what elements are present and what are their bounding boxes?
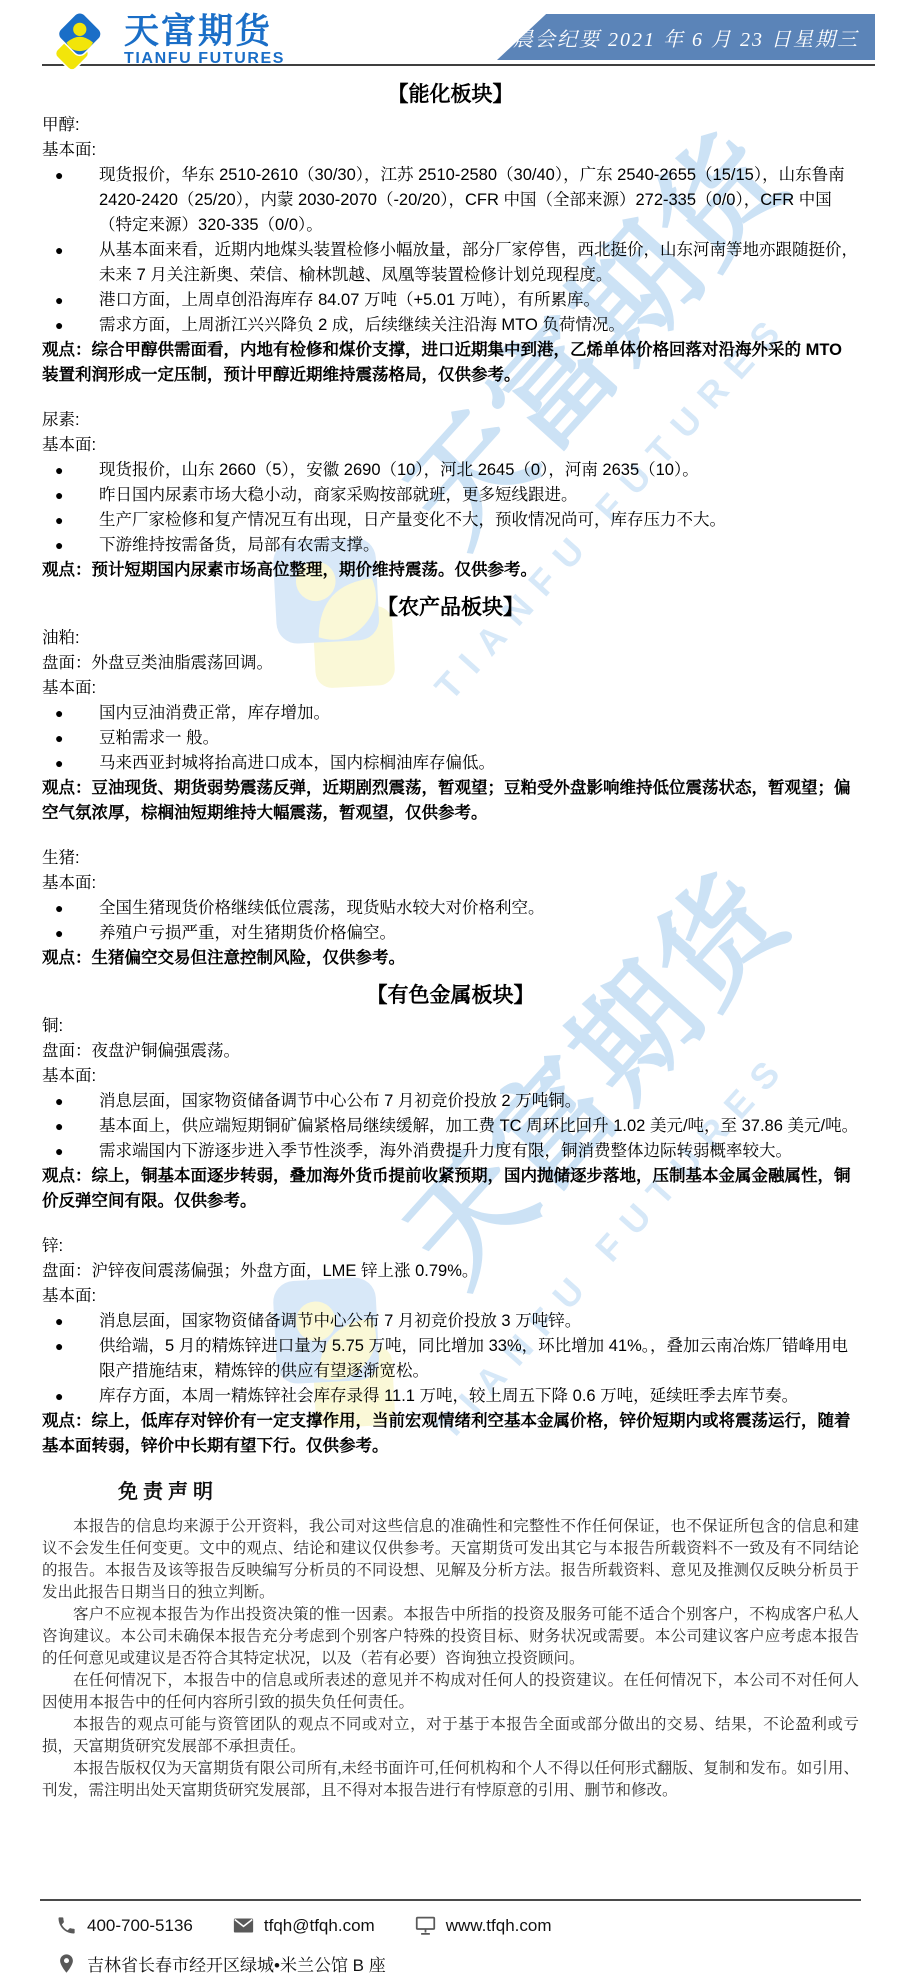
report-page: 天富期货 TIANFU FUTURES 天富期货 TIANFU FUTURES <box>0 0 901 1982</box>
company-name-en: TIANFU FUTURES <box>124 50 285 68</box>
label-line: 基本面: <box>42 1064 859 1089</box>
bullet-icon: ● <box>55 313 63 338</box>
bullet-icon: ● <box>55 921 63 946</box>
commodity-block-urea: 尿素:基本面:●现货报价，山东 2660（5），安徽 2690（10），河北 2… <box>42 408 859 583</box>
disclaimer-paragraph: 本报告版权仅为天富期货有限公司所有,未经书面许可,任何机构和个人不得以任何形式翻… <box>42 1758 859 1802</box>
disclaimer-title: 免责声明 <box>118 1475 859 1504</box>
bullet-icon: ● <box>55 483 63 508</box>
bullet-item: ●基本面上，供应端短期铜矿偏紧格局继续缓解，加工费 TC 周环比回升 1.02 … <box>42 1114 859 1139</box>
bullet-text: 生产厂家检修和复产情况互有出现，日产量变化不大，预收情况尚可，库存压力不大。 <box>99 511 726 529</box>
bullet-icon: ● <box>55 701 63 726</box>
section-title: 【农产品板块】 <box>42 591 859 621</box>
website-url: www.tfqh.com <box>446 1916 552 1936</box>
commodity-block-oil-meal: 油粕:盘面：外盘豆类油脂震荡回调。基本面:●国内豆油消费正常，库存增加。●豆粕需… <box>42 626 859 826</box>
commodity-block-methanol: 甲醇:基本面:●现货报价，华东 2510-2610（30/30），江苏 2510… <box>42 113 859 388</box>
company-logo-icon <box>44 5 114 77</box>
company-logo: 天富期货 TIANFU FUTURES <box>44 5 285 77</box>
bullet-item: ●港口方面，上周卓创沿海库存 84.07 万吨（+5.01 万吨），有所累库。 <box>42 288 859 313</box>
bullet-text: 全国生猪现货价格继续低位震荡，现货贴水较大对价格利空。 <box>99 899 545 917</box>
bullet-icon: ● <box>55 163 63 188</box>
bullet-item: ●需求方面，上周浙江兴兴降负 2 成，后续继续关注沿海 MTO 负荷情况。 <box>42 313 859 338</box>
location-icon <box>56 1953 77 1974</box>
bullet-text: 需求方面，上周浙江兴兴降负 2 成，后续继续关注沿海 MTO 负荷情况。 <box>99 316 625 334</box>
report-footer: 400-700-5136 tfqh@tfqh.com www.tfqh.com <box>0 1899 901 1976</box>
bullet-icon: ● <box>55 1309 63 1334</box>
bullet-icon: ● <box>55 238 63 263</box>
disclaimer-paragraph: 在任何情况下，本报告中的信息或所表述的意见并不构成对任何人的投资建议。在任何情况… <box>42 1670 859 1714</box>
address-text: 吉林省长春市经开区绿城•米兰公馆 B 座 <box>87 1951 386 1976</box>
footer-divider <box>40 1899 861 1901</box>
company-name-cn: 天富期货 <box>124 14 285 51</box>
section-title: 【能化板块】 <box>42 78 859 108</box>
bullet-text: 基本面上，供应端短期铜矿偏紧格局继续缓解，加工费 TC 周环比回升 1.02 美… <box>99 1117 858 1135</box>
bullet-icon: ● <box>55 751 63 776</box>
disclaimer-paragraph: 本报告的观点可能与资管团队的观点不同或对立，对于基于本报告全面或部分做出的交易、… <box>42 1714 859 1758</box>
bullet-item: ●下游维持按需备货，局部有农需支撑。 <box>42 533 859 558</box>
label-line: 盘面：外盘豆类油脂震荡回调。 <box>42 651 859 676</box>
bullet-text: 国内豆油消费正常，库存增加。 <box>99 704 330 722</box>
disclaimer-paragraph: 客户不应视本报告为作出投资决策的惟一因素。本报告中所指的投资及服务可能不适合个别… <box>42 1604 859 1670</box>
label-line: 盘面：沪锌夜间震荡偏强；外盘方面，LME 锌上涨 0.79%。 <box>42 1259 859 1284</box>
bullet-icon: ● <box>55 896 63 921</box>
bullet-text: 消息层面，国家物资储备调节中心公布 7 月初竞价投放 2 万吨铜。 <box>99 1092 581 1110</box>
label-line: 基本面: <box>42 138 859 163</box>
phone-number: 400-700-5136 <box>87 1916 193 1936</box>
label-line: 基本面: <box>42 676 859 701</box>
label-line: 基本面: <box>42 1284 859 1309</box>
bullet-text: 下游维持按需备货，局部有农需支撑。 <box>99 536 380 554</box>
commodity-name: 尿素: <box>42 408 859 433</box>
bullet-text: 现货报价，山东 2660（5），安徽 2690（10），河北 2645（0），河… <box>99 461 699 479</box>
bullet-item: ●库存方面，本周一精炼锌社会库存录得 11.1 万吨，较上周五下降 0.6 万吨… <box>42 1384 859 1409</box>
commodity-block-zinc: 锌:盘面：沪锌夜间震荡偏强；外盘方面，LME 锌上涨 0.79%。基本面:●消息… <box>42 1234 859 1459</box>
bullet-item: ●昨日国内尿素市场大稳小动，商家采购按部就班，更多短线跟进。 <box>42 483 859 508</box>
email-address: tfqh@tfqh.com <box>264 1916 375 1936</box>
commodity-name: 油粕: <box>42 626 859 651</box>
viewpoint-line: 观点：生猪偏空交易但注意控制风险，仅供参考。 <box>42 946 859 971</box>
commodity-name: 甲醇: <box>42 113 859 138</box>
email-icon <box>233 1915 254 1936</box>
bullet-text: 港口方面，上周卓创沿海库存 84.07 万吨（+5.01 万吨），有所累库。 <box>99 291 600 309</box>
bullet-item: ●生产厂家检修和复产情况互有出现，日产量变化不大，预收情况尚可，库存压力不大。 <box>42 508 859 533</box>
report-header: 天富期货 TIANFU FUTURES 晨会纪要 2021 年 6 月 23 日… <box>0 0 901 64</box>
bullet-icon: ● <box>55 458 63 483</box>
bullet-text: 库存方面，本周一精炼锌社会库存录得 11.1 万吨，较上周五下降 0.6 万吨，… <box>99 1387 798 1405</box>
bullet-icon: ● <box>55 1089 63 1114</box>
bullet-text: 豆粕需求一 般。 <box>99 729 219 747</box>
section-title: 【有色金属板块】 <box>42 979 859 1009</box>
commodity-name: 锌: <box>42 1234 859 1259</box>
label-line: 基本面: <box>42 871 859 896</box>
bullet-item: ●从基本面来看，近期内地煤头装置检修小幅放量，部分厂家停售，西北挺价，山东河南等… <box>42 238 859 288</box>
disclaimer-paragraph: 本报告的信息均来源于公开资料，我公司对这些信息的准确性和完整性不作任何保证，也不… <box>42 1516 859 1604</box>
bullet-text: 马来西亚封城将抬高进口成本，国内棕榈油库存偏低。 <box>99 754 495 772</box>
bullet-icon: ● <box>55 726 63 751</box>
bullet-text: 消息层面，国家物资储备调节中心公布 7 月初竞价投放 3 万吨锌。 <box>99 1312 581 1330</box>
bullet-item: ●消息层面，国家物资储备调节中心公布 7 月初竞价投放 3 万吨锌。 <box>42 1309 859 1334</box>
bullet-text: 养殖户亏损严重，对生猪期货价格偏空。 <box>99 924 396 942</box>
bullet-text: 从基本面来看，近期内地煤头装置检修小幅放量，部分厂家停售，西北挺价，山东河南等地… <box>99 241 858 284</box>
website-icon <box>415 1915 436 1936</box>
bullet-text: 昨日国内尿素市场大稳小动，商家采购按部就班，更多短线跟进。 <box>99 486 578 504</box>
viewpoint-line: 观点：综上，铜基本面逐步转弱，叠加海外货币提前收紧预期，国内抛储逐步落地，压制基… <box>42 1164 859 1214</box>
bullet-item: ●豆粕需求一 般。 <box>42 726 859 751</box>
commodity-block-live-hog: 生猪:基本面:●全国生猪现货价格继续低位震荡，现货贴水较大对价格利空。●养殖户亏… <box>42 846 859 971</box>
bullet-icon: ● <box>55 533 63 558</box>
commodity-name: 生猪: <box>42 846 859 871</box>
disclaimer-section: 免责声明 本报告的信息均来源于公开资料，我公司对这些信息的准确性和完整性不作任何… <box>0 1459 901 1802</box>
bullet-text: 需求端国内下游逐步进入季节性淡季，海外消费提升力度有限，铜消费整体边际转弱概率较… <box>99 1142 792 1160</box>
bullet-text: 供给端，5 月的精炼锌进口量为 5.75 万吨，同比增加 33%，环比增加 41… <box>99 1337 848 1380</box>
label-line: 盘面：夜盘沪铜偏强震荡。 <box>42 1039 859 1064</box>
bullet-icon: ● <box>55 1114 63 1139</box>
bullet-item: ●现货报价，山东 2660（5），安徽 2690（10），河北 2645（0），… <box>42 458 859 483</box>
bullet-text: 现货报价，华东 2510-2610（30/30），江苏 2510-2580（30… <box>99 166 845 234</box>
report-banner: 晨会纪要 2021 年 6 月 23 日星期三 <box>497 14 875 60</box>
phone-icon <box>56 1915 77 1936</box>
bullet-item: ●需求端国内下游逐步进入季节性淡季，海外消费提升力度有限，铜消费整体边际转弱概率… <box>42 1139 859 1164</box>
contact-phone: 400-700-5136 <box>56 1915 193 1936</box>
contact-email: tfqh@tfqh.com <box>233 1915 375 1936</box>
bullet-item: ●消息层面，国家物资储备调节中心公布 7 月初竞价投放 2 万吨铜。 <box>42 1089 859 1114</box>
report-body: 【能化板块】甲醇:基本面:●现货报价，华东 2510-2610（30/30），江… <box>0 66 901 1459</box>
bullet-item: ●现货报价，华东 2510-2610（30/30），江苏 2510-2580（3… <box>42 163 859 238</box>
commodity-block-copper: 铜:盘面：夜盘沪铜偏强震荡。基本面:●消息层面，国家物资储备调节中心公布 7 月… <box>42 1014 859 1214</box>
viewpoint-line: 观点：综合甲醇供需面看，内地有检修和煤价支撑，进口近期集中到港，乙烯单体价格回落… <box>42 338 859 388</box>
bullet-item: ●供给端，5 月的精炼锌进口量为 5.75 万吨，同比增加 33%，环比增加 4… <box>42 1334 859 1384</box>
label-line: 基本面: <box>42 433 859 458</box>
bullet-icon: ● <box>55 288 63 313</box>
bullet-item: ●马来西亚封城将抬高进口成本，国内棕榈油库存偏低。 <box>42 751 859 776</box>
bullet-item: ●全国生猪现货价格继续低位震荡，现货贴水较大对价格利空。 <box>42 896 859 921</box>
report-banner-text: 晨会纪要 2021 年 6 月 23 日星期三 <box>513 23 859 52</box>
viewpoint-line: 观点：豆油现货、期货弱势震荡反弹，近期剧烈震荡，暂观望；豆粕受外盘影响维持低位震… <box>42 776 859 826</box>
viewpoint-line: 观点：综上，低库存对锌价有一定支撑作用，当前宏观情绪利空基本金属价格，锌价短期内… <box>42 1409 859 1459</box>
bullet-item: ●国内豆油消费正常，库存增加。 <box>42 701 859 726</box>
bullet-item: ●养殖户亏损严重，对生猪期货价格偏空。 <box>42 921 859 946</box>
bullet-icon: ● <box>55 1139 63 1164</box>
disclaimer-paragraphs: 本报告的信息均来源于公开资料，我公司对这些信息的准确性和完整性不作任何保证，也不… <box>42 1516 859 1802</box>
bullet-icon: ● <box>55 1334 63 1359</box>
bullet-icon: ● <box>55 1384 63 1409</box>
contact-address: 吉林省长春市经开区绿城•米兰公馆 B 座 <box>56 1951 386 1976</box>
contact-website: www.tfqh.com <box>415 1915 552 1936</box>
viewpoint-line: 观点：预计短期国内尿素市场高位整理，期价维持震荡。仅供参考。 <box>42 558 859 583</box>
bullet-icon: ● <box>55 508 63 533</box>
commodity-name: 铜: <box>42 1014 859 1039</box>
